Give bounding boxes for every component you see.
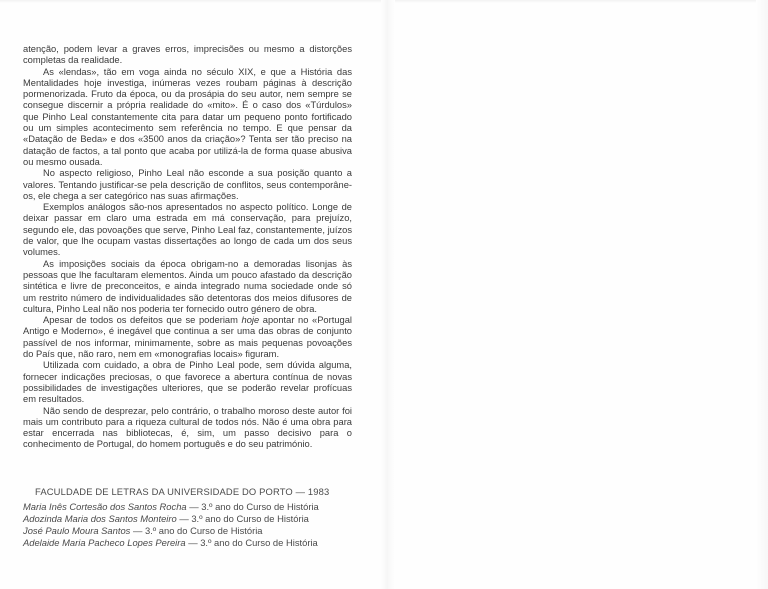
- author-detail: — 3.º ano do Curso de História: [186, 537, 318, 548]
- paragraph-religious-aspect: No aspecto religioso, Pinho Leal não esc…: [23, 168, 352, 202]
- book-gutter-fold: [381, 0, 395, 589]
- author-line: Adozinda Maria dos Santos Monteiro — 3.º…: [23, 513, 363, 525]
- author-line: Adelaide Maria Pacheco Lopes Pereira — 3…: [23, 537, 363, 549]
- text-segment: Apesar de todos os defeitos que se poder…: [43, 315, 242, 325]
- author-line: José Paulo Moura Santos — 3.º ano do Cur…: [23, 525, 363, 537]
- paragraph-conclusion: Não sendo de desprezar, pelo contrário, …: [23, 406, 352, 451]
- paragraph-continuation: atenção, podem levar a graves erros, imp…: [23, 44, 352, 67]
- paragraph-despite-defects: Apesar de todos os defeitos que se poder…: [23, 315, 352, 360]
- author-name: Adelaide Maria Pacheco Lopes Pereira: [23, 537, 186, 548]
- paragraph-political-aspect: Exemplos análogos são-nos apresentados n…: [23, 202, 352, 258]
- page-right-edge-shadow: [756, 0, 768, 589]
- book-spread: atenção, podem levar a graves erros, imp…: [0, 0, 768, 589]
- author-name: Maria Inês Cortesão dos Santos Rocha: [23, 501, 187, 512]
- institution-heading: FACULDADE DE LETRAS DA UNIVERSIDADE DO P…: [35, 486, 363, 498]
- paragraph-lendas: As «lendas», tão em voga ainda no século…: [23, 67, 352, 169]
- paragraph-social-impositions: As imposições sociais da época obrigam-n…: [23, 259, 352, 315]
- italic-emphasis: hoje: [242, 315, 260, 325]
- credits-footer: FACULDADE DE LETRAS DA UNIVERSIDADE DO P…: [23, 486, 363, 549]
- paragraph-used-with-care: Utilizada com cuidado, a obra de Pinho L…: [23, 360, 352, 405]
- author-detail: — 3.º ano do Curso de História: [187, 501, 319, 512]
- right-page-blank: [395, 0, 756, 589]
- author-line: Maria Inês Cortesão dos Santos Rocha — 3…: [23, 501, 363, 513]
- author-detail: — 3.º ano do Curso de História: [130, 525, 262, 536]
- author-name: José Paulo Moura Santos: [23, 525, 130, 536]
- author-detail: — 3.º ano do Curso de História: [177, 513, 309, 524]
- author-name: Adozinda Maria dos Santos Monteiro: [23, 513, 177, 524]
- left-page-body: atenção, podem levar a graves erros, imp…: [23, 44, 352, 451]
